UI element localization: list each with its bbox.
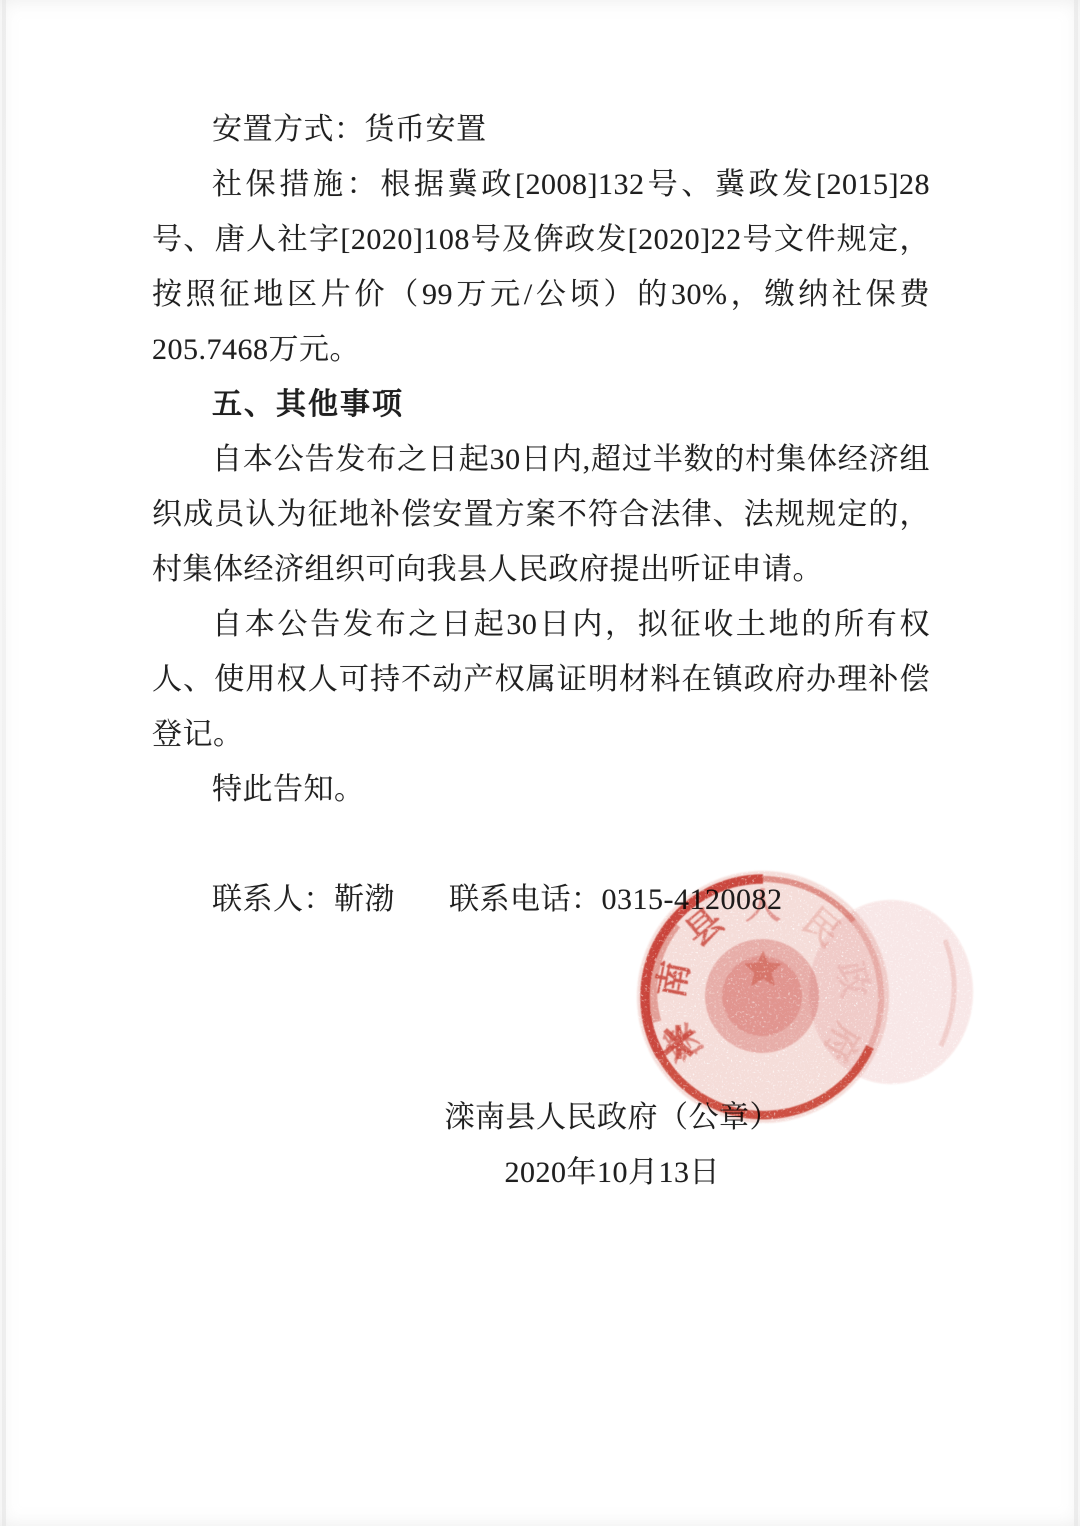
scan-edge-right — [1074, 0, 1078, 1526]
paragraph-compensation-registration: 自本公告发布之日起30日内，拟征收土地的所有权人、使用权人可持不动产权属证明材料… — [152, 597, 930, 762]
paragraph-hearing-rights: 自本公告发布之日起30日内,超过半数的村集体经济组织成员认为征地补偿安置方案不符… — [152, 432, 930, 597]
paragraph-resettlement-method: 安置方式：货币安置 — [152, 102, 930, 157]
document-body: 安置方式：货币安置 社保措施：根据冀政[2008]132号、冀政发[2015]2… — [152, 102, 930, 1200]
paragraph-closing-note: 特此告知。 — [152, 762, 930, 817]
signature-issuer: 滦南县人民政府（公章） — [445, 1090, 781, 1145]
signature-block: 滦南县人民政府（公章） 2020年10月13日 — [445, 1090, 781, 1200]
section-heading-other-matters: 五、其他事项 — [152, 377, 930, 432]
contact-phone-label: 联系电话： — [449, 883, 602, 916]
paragraph-social-security: 社保措施：根据冀政[2008]132号、冀政发[2015]28号、唐人社字[20… — [152, 157, 930, 377]
signature-date: 2020年10月13日 — [445, 1145, 781, 1200]
seal-ghost-arc — [941, 940, 954, 1046]
scan-edge-left — [2, 0, 6, 1526]
contact-person-name: 靳渤 — [334, 883, 395, 916]
document-page: 安置方式：货币安置 社保措施：根据冀政[2008]132号、冀政发[2015]2… — [0, 0, 1080, 1526]
contact-line: 联系人：靳渤联系电话：0315-4120082 — [152, 872, 930, 927]
contact-phone-number: 0315-4120082 — [602, 883, 783, 916]
contact-person-label: 联系人： — [212, 883, 334, 916]
